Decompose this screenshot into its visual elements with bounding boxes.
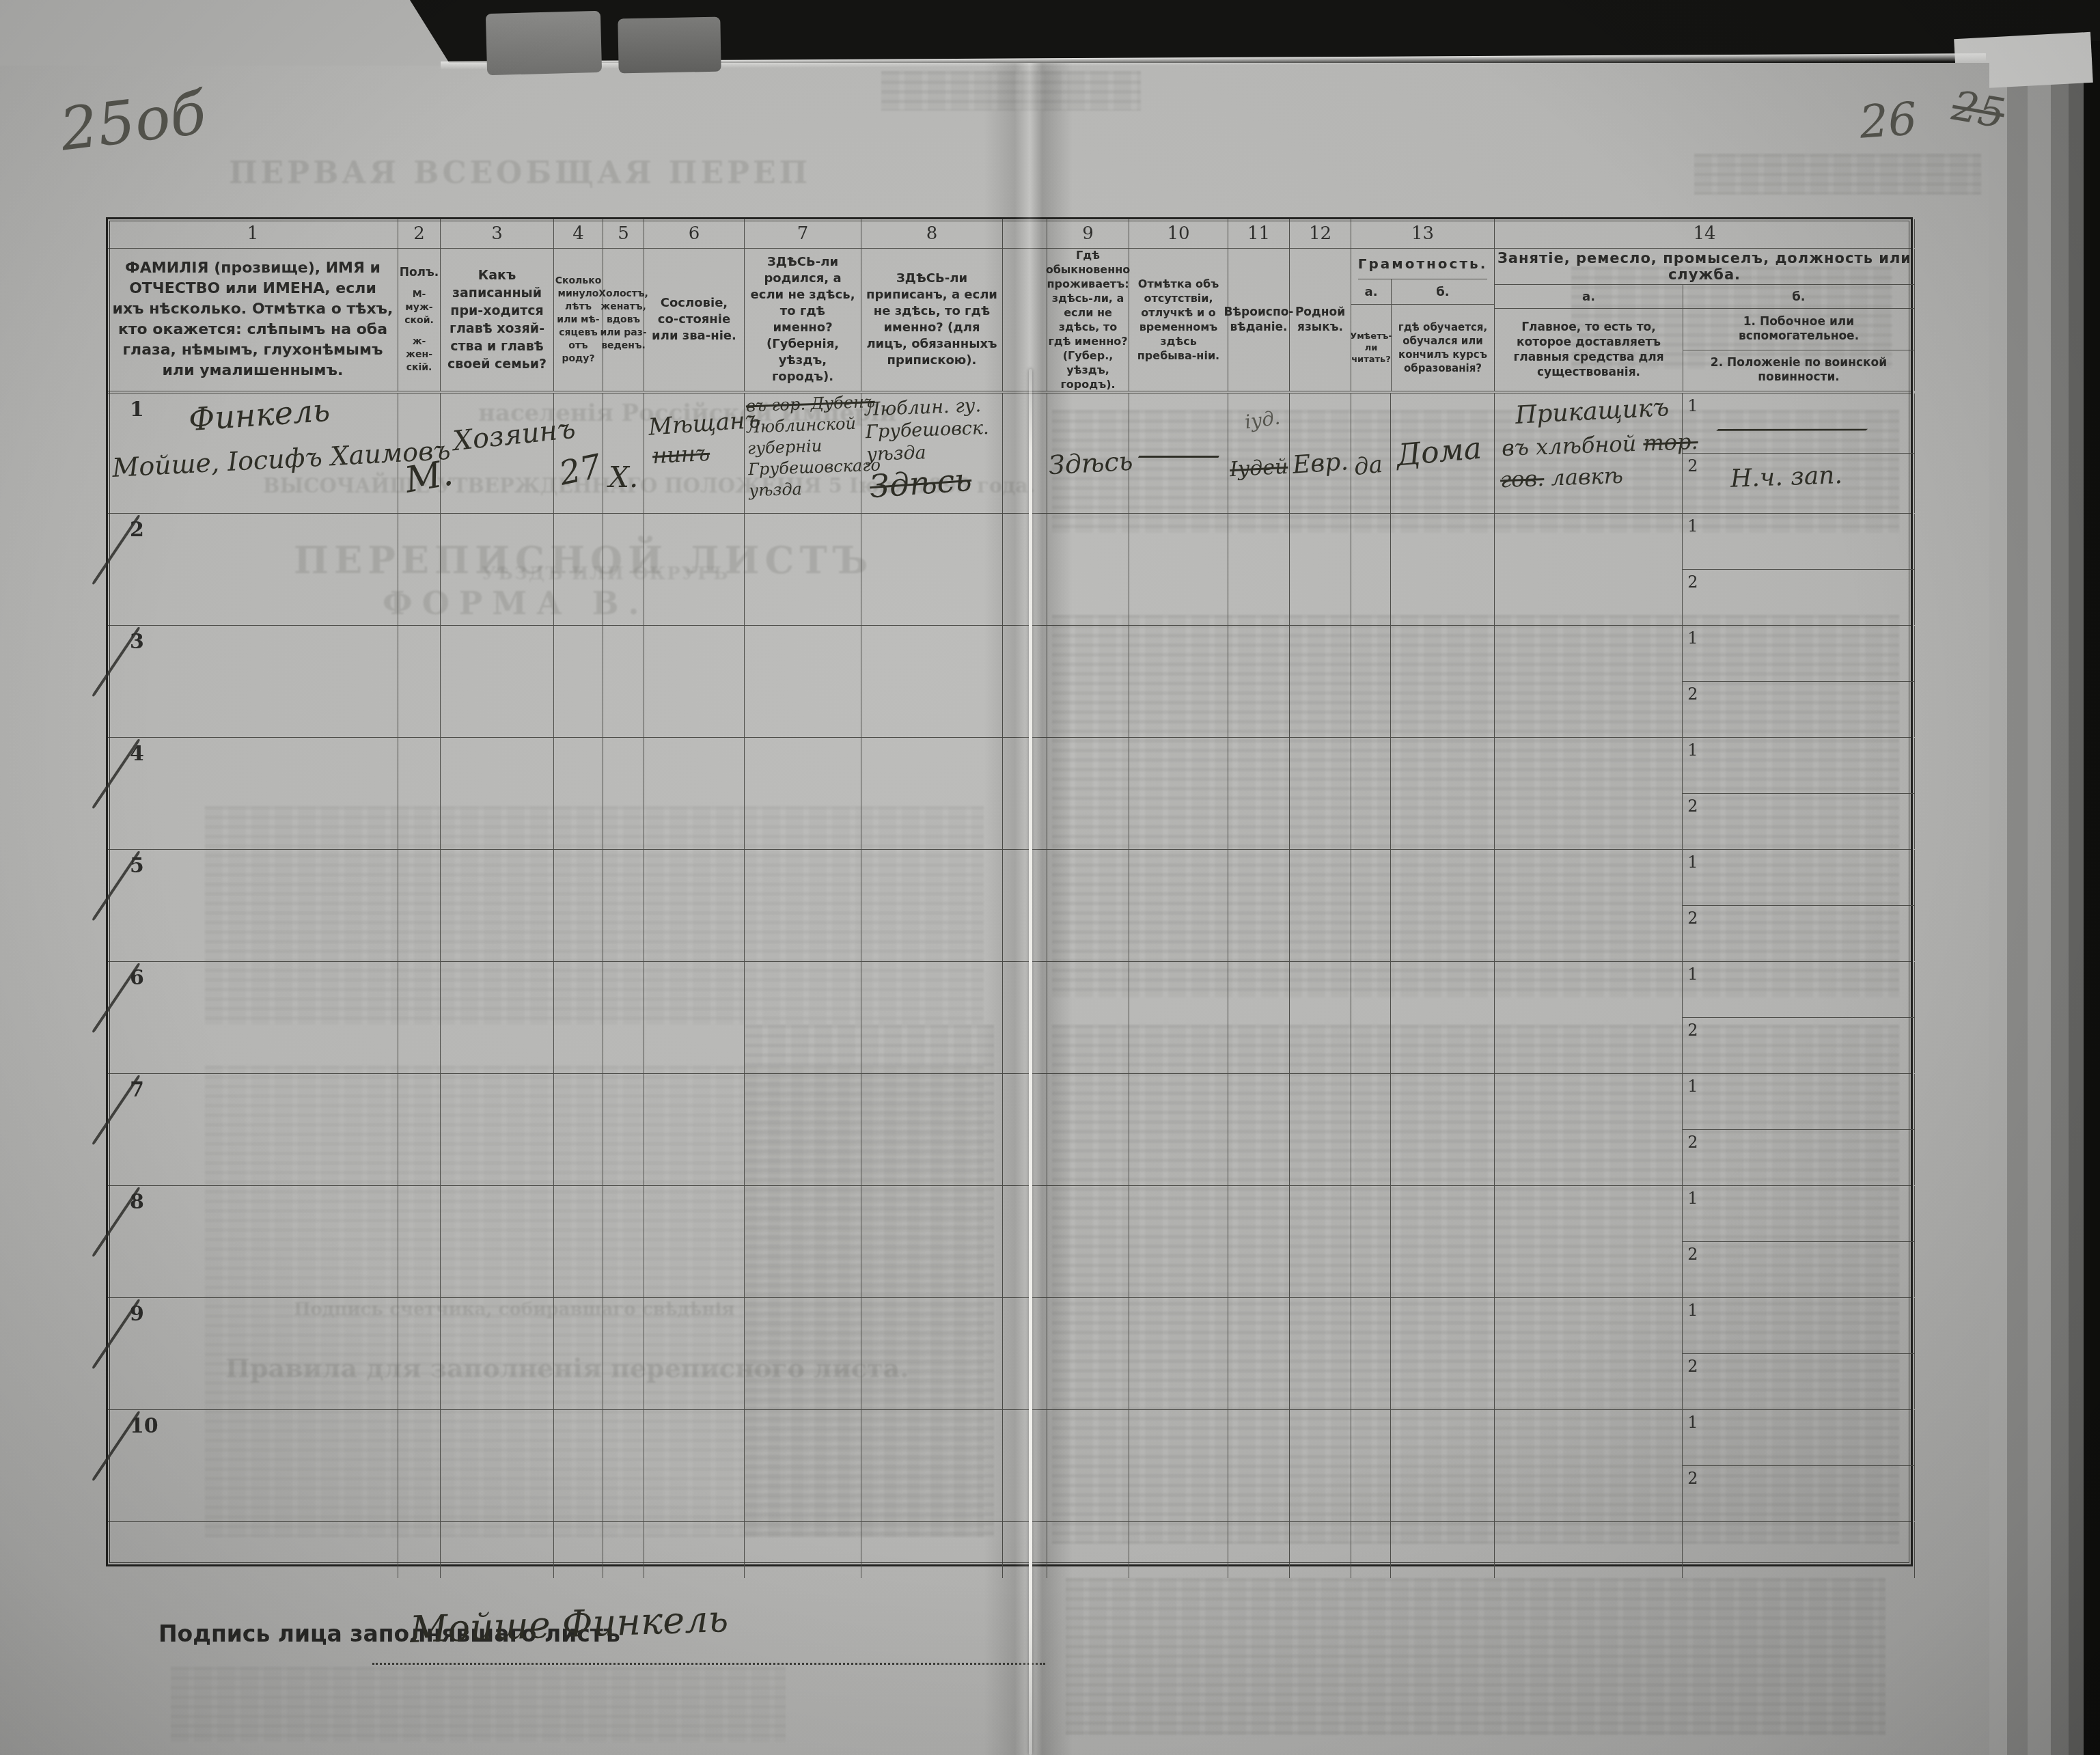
binding-gap [1003, 1186, 1047, 1297]
header-sex: Полъ. М-муж-ской. ж-жен-скій. [398, 249, 441, 391]
hw-occupation-word: въ хлѣбной [1501, 430, 1636, 461]
cell [603, 738, 644, 849]
table-row: 4 12 [108, 738, 1911, 850]
cell [861, 1186, 1003, 1297]
table-row: 6 12 [108, 962, 1911, 1074]
cell [441, 1298, 554, 1409]
cell-occupation-side: 12 [1683, 1298, 1915, 1409]
page-stack-edge [1989, 41, 2007, 1755]
cell [1228, 1298, 1290, 1409]
header-age: Сколько минуло лѣтъ или мѣ-сяцевъ отъ ро… [554, 249, 603, 391]
cell [745, 1522, 861, 1578]
binding-gap [1003, 850, 1047, 961]
hw-language: Евр. [1292, 447, 1349, 480]
binding-gap [1003, 1410, 1047, 1521]
sub-row-number: 1 [1683, 626, 1703, 681]
sub-row-number: 2 [1683, 682, 1703, 737]
cell-occupation-side: 12 [1683, 738, 1915, 849]
header-religion: Вѣроиспо-вѣданіе. [1228, 249, 1290, 391]
cell [1290, 962, 1351, 1073]
binding-gap [1003, 249, 1047, 391]
occupation-side-2: 2 [1683, 1242, 1914, 1297]
binding-gap [1003, 962, 1047, 1073]
row-number: 2 [130, 518, 144, 542]
cell [1047, 1186, 1129, 1297]
page-stack-edge [2051, 41, 2069, 1755]
hw-literacy-read: да [1353, 451, 1384, 481]
cell [1391, 850, 1495, 961]
cell [644, 626, 745, 737]
header-absence: Отмѣтка объ отсутствіи, отлучкѣ и о врем… [1129, 249, 1228, 391]
cell-absence: — [1129, 393, 1228, 513]
cell-occupation-main: Прикащикъ въ хлѣбной тор. гов. лавкѣ [1495, 393, 1683, 513]
table-row: 2 12 [108, 514, 1911, 626]
cell [1129, 1186, 1228, 1297]
table-row: 9 12 [108, 1298, 1911, 1410]
cell [861, 962, 1003, 1073]
cell [861, 1298, 1003, 1409]
header-sex-male: М-муж-ской. [402, 288, 436, 327]
page-top-left-corner [0, 0, 451, 66]
header-occupation-title: Занятіе, ремесло, промыселъ, должность и… [1495, 249, 1914, 285]
hw-registration-line: уѣзда [866, 439, 991, 466]
cell [1228, 1410, 1290, 1521]
sub-row-number: 1 [1683, 1074, 1703, 1129]
occupation-side-1: 1 [1683, 1074, 1914, 1130]
cell [1290, 626, 1351, 737]
binding-gap [1003, 1298, 1047, 1409]
header-sex-female: ж-жен-скій. [402, 335, 436, 374]
occupation-side-1: 1 [1683, 626, 1914, 682]
cell [1047, 850, 1129, 961]
table-row: 10 12 [108, 1410, 1911, 1522]
cell [1495, 626, 1683, 737]
hw-sex: М. [402, 452, 456, 501]
sub-row-number: 1 [1683, 514, 1703, 569]
page-stack-edge [2028, 41, 2051, 1755]
cell-name: 7 [108, 1074, 398, 1185]
cell [1351, 1074, 1391, 1185]
occupation-side-1: 1 [1683, 738, 1914, 794]
cell [1129, 962, 1228, 1073]
cell [398, 1522, 441, 1578]
binding-gap [1003, 393, 1047, 513]
cell [441, 738, 554, 849]
col-number: 13 [1351, 219, 1495, 248]
cell [398, 1186, 441, 1297]
cell [1047, 1074, 1129, 1185]
occupation-side-1: 1 [1683, 850, 1914, 906]
cell [1495, 1522, 1683, 1578]
cell [1228, 850, 1290, 961]
header-name: ФАМИЛІЯ (прозвище), ИМЯ и ОТЧЕСТВО или И… [108, 249, 398, 391]
cell [644, 1410, 745, 1521]
row-number: 3 [130, 630, 144, 654]
sub-row-number: 2 [1683, 1242, 1703, 1297]
hw-age: 27 [556, 447, 605, 493]
hw-occupation-struck: тор. [1643, 428, 1699, 456]
cell [603, 962, 644, 1073]
cell [1495, 514, 1683, 625]
cell [745, 626, 861, 737]
cell [398, 962, 441, 1073]
cell [1047, 1522, 1129, 1578]
cell-occupation-side: 12 [1683, 1410, 1915, 1521]
header-occupation-b1: 1. Побочное или вспомогательное. [1683, 309, 1914, 350]
header-literacy-b: гдѣ обучается, обучался или кончилъ курс… [1392, 305, 1494, 391]
header-occupation-b-label: б. [1683, 285, 1914, 309]
hw-estate-struck: нинъ [652, 440, 710, 469]
sub-row-number: 1 [1683, 738, 1703, 793]
row-number: 9 [130, 1302, 144, 1326]
cell [861, 1074, 1003, 1185]
cell [554, 1186, 603, 1297]
cell [644, 1522, 745, 1578]
cell-name: 5 [108, 850, 398, 961]
cell [1495, 962, 1683, 1073]
cell [861, 1522, 1003, 1578]
header-occupation-a-label: а. [1495, 285, 1683, 309]
occupation-side-1: 1 — [1683, 393, 1914, 454]
sub-row-number: 2 [1683, 1018, 1703, 1073]
sub-row-number: 1 [1683, 1186, 1703, 1241]
header-residence: Гдѣ обыкновенно проживаетъ: здѣсь-ли, а … [1047, 249, 1129, 391]
binding-gap [1003, 219, 1047, 248]
col-number: 10 [1129, 219, 1228, 248]
cell [1391, 1298, 1495, 1409]
cell [1228, 1522, 1290, 1578]
cell [1129, 514, 1228, 625]
cell [1129, 738, 1228, 849]
cell [644, 962, 745, 1073]
occupation-side-1: 1 [1683, 1410, 1914, 1466]
cell [1351, 1522, 1391, 1578]
hw-occupation-struck: гов. [1500, 465, 1545, 493]
binding-gap [1003, 738, 1047, 849]
cell-registration: Люблин. гу. Грубешовск. уѣзда Здѣсь [861, 393, 1003, 513]
header-occupation: Занятіе, ремесло, промыселъ, должность и… [1495, 249, 1915, 391]
cell-literacy-read: да [1351, 393, 1391, 513]
scan-background-edge [2084, 41, 2100, 1755]
cell [603, 1186, 644, 1297]
sub-row-number: 2 [1683, 1466, 1703, 1521]
cell [1351, 1298, 1391, 1409]
cell [398, 1074, 441, 1185]
cell [745, 1410, 861, 1521]
cell [441, 850, 554, 961]
cell [603, 850, 644, 961]
occupation-side-2: 2 [1683, 570, 1914, 625]
hw-registration-struck: Здѣсь [868, 461, 973, 505]
cell [1129, 1410, 1228, 1521]
cell [1683, 1522, 1915, 1578]
hw-occupation-line: въ хлѣбной тор. [1501, 428, 1698, 461]
cell [1290, 1522, 1351, 1578]
cell [554, 514, 603, 625]
cell-name: 9 [108, 1298, 398, 1409]
col-number: 8 [861, 219, 1003, 248]
cell [644, 850, 745, 961]
table-row: 7 12 [108, 1074, 1911, 1186]
occupation-side-2: 2 Н.ч. зап. [1683, 454, 1914, 513]
cell-religion: іуд. Іудей [1228, 393, 1290, 513]
header-registration: ЗДѢСЬ-ли приписанъ, а если не здѣсь, то … [861, 249, 1003, 391]
hw-marital: Х. [609, 460, 638, 494]
header-occupation-a: Главное, то есть то, которое доставляетъ… [1495, 309, 1683, 391]
cell-occupation-side: 12 [1683, 514, 1915, 625]
hw-residence: Здѣсь [1048, 446, 1133, 480]
cell [1129, 1298, 1228, 1409]
row-number: 4 [130, 742, 144, 766]
cell-name: 6 [108, 962, 398, 1073]
cell-name: 10 [108, 1410, 398, 1521]
cell [644, 1298, 745, 1409]
cell [398, 738, 441, 849]
cell-occupation-side: 12 [1683, 962, 1915, 1073]
cell-literacy-where: Дома [1391, 393, 1495, 513]
cell [745, 1298, 861, 1409]
cell [1351, 1410, 1391, 1521]
table-row: 1 Финкель Мойше, Іосифъ Хаимовъ М. Хозяи… [108, 393, 1911, 514]
table-row: 8 12 [108, 1186, 1911, 1298]
cell [745, 962, 861, 1073]
binding-gap [1003, 626, 1047, 737]
col-number: 3 [441, 219, 554, 248]
occupation-side-2: 2 [1683, 682, 1914, 737]
cell [1391, 626, 1495, 737]
cell [1129, 1522, 1228, 1578]
cell [1228, 738, 1290, 849]
cell [1351, 514, 1391, 625]
occupation-side-1: 1 [1683, 514, 1914, 570]
cell [1290, 738, 1351, 849]
cell [1391, 738, 1495, 849]
row-number: 7 [130, 1078, 144, 1102]
cell [644, 1186, 745, 1297]
binding-clip [486, 11, 602, 75]
sub-row-number: 2 [1683, 794, 1703, 849]
header-literacy-a-label: а. [1351, 279, 1391, 305]
hw-religion-struck: Іудей [1229, 455, 1288, 482]
cell [441, 626, 554, 737]
cell [603, 1522, 644, 1578]
cell [861, 1410, 1003, 1521]
occupation-side-2: 2 [1683, 794, 1914, 849]
occupation-side-1: 1 [1683, 1298, 1914, 1354]
cell [861, 514, 1003, 625]
col-number: 7 [745, 219, 861, 248]
cell [1129, 626, 1228, 737]
hw-surname: Финкель [187, 391, 331, 438]
cell [1351, 626, 1391, 737]
cell [745, 850, 861, 961]
col-number: 9 [1047, 219, 1129, 248]
cell [644, 1074, 745, 1185]
cell [1495, 1410, 1683, 1521]
hw-religion-note: іуд. [1243, 406, 1282, 434]
cell-occupation-side: 12 [1683, 626, 1915, 737]
cell-occupation-side: 12 [1683, 1186, 1915, 1297]
binding-gap [1003, 514, 1047, 625]
col-number: 2 [398, 219, 441, 248]
cell [1290, 1410, 1351, 1521]
cell [1391, 1410, 1495, 1521]
cell [398, 1410, 441, 1521]
row-number: 8 [130, 1190, 144, 1214]
column-header-row: ФАМИЛІЯ (прозвище), ИМЯ и ОТЧЕСТВО или И… [108, 249, 1911, 393]
cell [603, 626, 644, 737]
hw-registration: Люблин. гу. Грубешовск. уѣзда [864, 394, 990, 466]
cell [554, 1522, 603, 1578]
row-number: 5 [130, 854, 144, 878]
cell-occupation-side: 12 [1683, 1074, 1915, 1185]
page-stack-edge [2069, 41, 2084, 1755]
cell [1129, 850, 1228, 961]
cell-occupation-side: 1 — 2 Н.ч. зап. [1683, 393, 1915, 513]
col-number: 4 [554, 219, 603, 248]
cell-occupation-side: 12 [1683, 850, 1915, 961]
occupation-side-1: 1 [1683, 962, 1914, 1018]
col-number: 12 [1290, 219, 1351, 248]
header-literacy-title: Грамотность. [1358, 249, 1488, 279]
col-number: 6 [644, 219, 745, 248]
header-relation: Какъ записанный при-ходится главѣ хозяй-… [441, 249, 554, 391]
hw-literacy-where: Дома [1395, 431, 1483, 473]
occupation-side-1: 1 [1683, 1186, 1914, 1242]
header-literacy: Грамотность. а. Умѣетъ-ли читать? б. гдѣ… [1351, 249, 1495, 391]
cell [1129, 1074, 1228, 1185]
sub-row-number: 1 [1683, 850, 1703, 905]
cell [554, 626, 603, 737]
cell [644, 738, 745, 849]
cell-age: 27 [554, 393, 603, 513]
table-row: 3 12 [108, 626, 1911, 738]
cell [554, 1074, 603, 1185]
cell [1391, 1186, 1495, 1297]
cell-name: 8 [108, 1186, 398, 1297]
cell [1047, 626, 1129, 737]
header-occupation-b2: 2. Положеніе по воинской повинности. [1683, 350, 1914, 391]
cell [603, 1074, 644, 1185]
row-number: 6 [130, 966, 144, 990]
hw-occupation-line: Прикащикъ [1515, 393, 1670, 430]
header-literacy-b-label: б. [1392, 279, 1494, 305]
cell [1391, 962, 1495, 1073]
cell-name: 3 [108, 626, 398, 737]
cell-language: Евр. [1290, 393, 1351, 513]
sub-row-number: 2 [1683, 570, 1703, 625]
sub-row-number: 1 [1683, 1298, 1703, 1353]
header-literacy-a: Умѣетъ-ли читать? [1351, 305, 1391, 391]
cell [398, 626, 441, 737]
cell [1228, 514, 1290, 625]
cell-name: 1 Финкель Мойше, Іосифъ Хаимовъ [108, 393, 398, 513]
cell [1495, 738, 1683, 849]
cell [1495, 1074, 1683, 1185]
row-number: 1 [130, 398, 144, 422]
cell-residence: Здѣсь [1047, 393, 1129, 513]
cell [1495, 1298, 1683, 1409]
col-number: 14 [1495, 219, 1915, 248]
cell-relation: Хозяинъ [441, 393, 554, 513]
cell [1391, 514, 1495, 625]
hw-birthplace: въ гор. Дубенъ Люблинской губерніи Грубе… [745, 391, 881, 502]
cell [1351, 1186, 1391, 1297]
cell [1351, 850, 1391, 961]
cell [861, 738, 1003, 849]
cell [1391, 1522, 1495, 1578]
cell [1290, 1298, 1351, 1409]
page-stack-edge [2007, 41, 2028, 1755]
cell [1047, 514, 1129, 625]
cell [441, 962, 554, 1073]
cell-estate: Мѣщанъ нинъ [644, 393, 745, 513]
header-language: Родной языкъ. [1290, 249, 1351, 391]
cell [1290, 850, 1351, 961]
cell-name: 2 [108, 514, 398, 625]
cell [108, 1522, 398, 1578]
cell-birthplace: въ гор. Дубенъ Люблинской губерніи Грубе… [745, 393, 861, 513]
occupation-side-2: 2 [1683, 1354, 1914, 1409]
sub-row-number: 2 [1683, 454, 1703, 513]
cell [644, 514, 745, 625]
cell [861, 850, 1003, 961]
cell [554, 1410, 603, 1521]
cell [1228, 626, 1290, 737]
col-number: 5 [603, 219, 644, 248]
hw-military-status: Н.ч. зап. [1730, 461, 1842, 493]
cell [554, 1298, 603, 1409]
hw-occupation-word: лавкѣ [1551, 462, 1624, 491]
cell [1495, 1186, 1683, 1297]
cell [1391, 1074, 1495, 1185]
occupation-side-2: 2 [1683, 1466, 1914, 1521]
col-number: 11 [1228, 219, 1290, 248]
cell [1047, 962, 1129, 1073]
cell [441, 1522, 554, 1578]
cell [554, 962, 603, 1073]
cell [1047, 738, 1129, 849]
sub-row-number: 2 [1683, 906, 1703, 961]
occupation-side-2: 2 [1683, 906, 1914, 961]
cell [603, 1410, 644, 1521]
binding-gap [1003, 1522, 1047, 1578]
header-marital: Холостъ, женатъ, вдовъ или раз-веденъ. [603, 249, 644, 391]
cell [1290, 514, 1351, 625]
occupation-side-2: 2 [1683, 1018, 1914, 1073]
cell [1228, 962, 1290, 1073]
column-number-row: 1 2 3 4 5 6 7 8 9 10 11 12 13 14 [108, 219, 1911, 249]
table-row: 5 12 [108, 850, 1911, 962]
hw-occupation-line: гов. лавкѣ [1500, 462, 1623, 493]
hw-side1-dash: — [1709, 413, 1875, 444]
header-birthplace: ЗДѢСЬ-ли родился, а если не здѣсь, то гд… [745, 249, 861, 391]
table-footer-strip [108, 1522, 1911, 1578]
census-table: 1 2 3 4 5 6 7 8 9 10 11 12 13 14 ФАМИЛІЯ… [106, 217, 1913, 1566]
cell [554, 738, 603, 849]
header-sex-title: Полъ. [400, 265, 439, 280]
cell [745, 514, 861, 625]
cell [1228, 1186, 1290, 1297]
cell-name: 4 [108, 738, 398, 849]
binding-gap [1003, 1074, 1047, 1185]
cell [1228, 1074, 1290, 1185]
cell [1047, 1298, 1129, 1409]
cell [1495, 850, 1683, 961]
cell-marital: Х. [603, 393, 644, 513]
cell [441, 1074, 554, 1185]
cell [861, 626, 1003, 737]
